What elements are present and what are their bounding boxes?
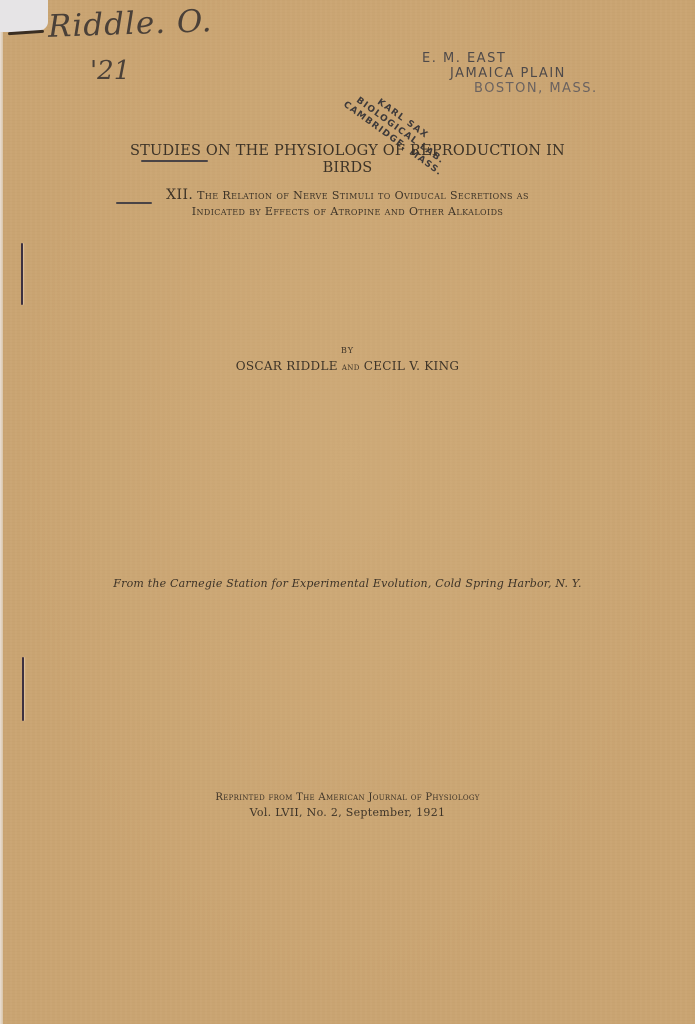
by-label: BY: [0, 346, 695, 355]
pencil-underline: [141, 160, 208, 162]
staple: [21, 243, 23, 305]
stamp-em-east: E. M. EAST JAMAICA PLAIN BOSTON, MASS.: [422, 51, 598, 96]
and-label: and: [342, 362, 360, 373]
subtitle-line-1: XII. The Relation of Nerve Stimuli to Ov…: [0, 187, 695, 204]
authors: OSCAR RIDDLE and CECIL V. KING: [0, 359, 695, 373]
handwritten-year-note: '21: [90, 56, 130, 86]
title-line-1: STUDIES ON THE PHYSIOLOGY OF REPRODUCTIO…: [0, 143, 695, 160]
torn-corner: [0, 0, 48, 32]
stamp-east-line: JAMAICA PLAIN: [422, 66, 598, 81]
reprint-info: Reprinted from The American Journal of P…: [0, 790, 695, 820]
stamp-east-line: E. M. EAST: [422, 51, 598, 66]
title-line-2: BIRDS: [0, 160, 695, 177]
reprint-volume: Vol. LVII, No. 2, September, 1921: [0, 805, 695, 820]
handwritten-author-note: Riddle. O.: [47, 3, 213, 45]
subtitle-line-2: Indicated by Effects of Atropine and Oth…: [0, 204, 695, 220]
document-cover-page: Riddle. O. '21 E. M. EAST JAMAICA PLAIN …: [0, 0, 695, 1024]
author-2: CECIL V. KING: [364, 359, 460, 373]
document-subtitle: XII. The Relation of Nerve Stimuli to Ov…: [0, 187, 695, 220]
subtitle-text-1: The Relation of Nerve Stimuli to Oviduca…: [197, 189, 529, 202]
staple: [22, 657, 24, 721]
reprint-source: Reprinted from The American Journal of P…: [0, 790, 695, 805]
document-title: STUDIES ON THE PHYSIOLOGY OF REPRODUCTIO…: [0, 143, 695, 177]
author-1: OSCAR RIDDLE: [236, 359, 338, 373]
pencil-underline: [116, 202, 152, 204]
affiliation: From the Carnegie Station for Experiment…: [0, 577, 695, 590]
part-number: XII.: [166, 187, 193, 203]
stamp-east-line: BOSTON, MASS.: [422, 81, 598, 96]
